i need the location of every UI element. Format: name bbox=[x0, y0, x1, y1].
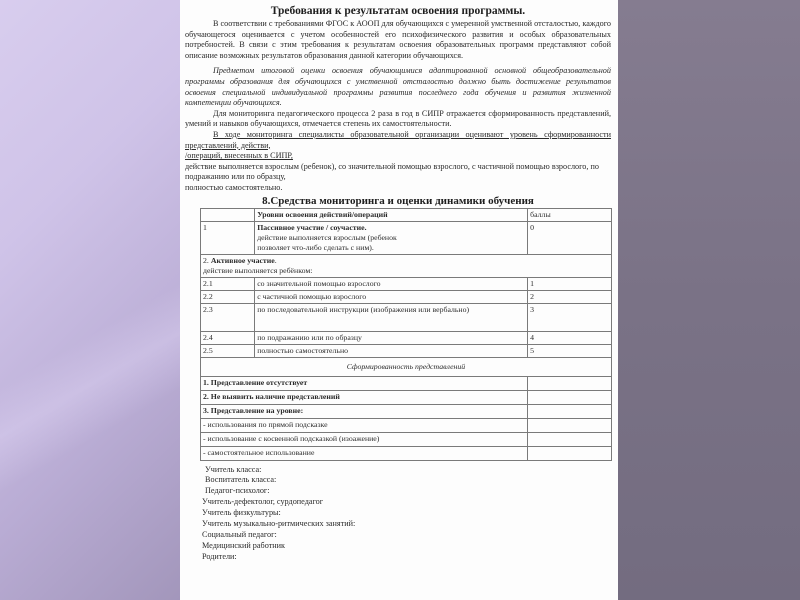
active-title: Активное участие bbox=[211, 256, 275, 265]
sub-row-text: по последовательной инструкции (изображе… bbox=[255, 303, 528, 331]
table-row: 2.1 со значительной помощью взрослого 1 bbox=[201, 277, 612, 290]
sub-row-text: со значительной помощью взрослого bbox=[255, 277, 528, 290]
active-participation-cell: 2. Активное участие. действие выполняетс… bbox=[201, 254, 612, 277]
sub-row-score: 5 bbox=[528, 344, 612, 357]
header-cell-levels: Уровни освоения действий/операций bbox=[255, 208, 528, 221]
table-row: - использования по прямой подсказке bbox=[201, 418, 612, 432]
row-num: 1 bbox=[201, 221, 255, 254]
representation-row-text: - использования по прямой подсказке bbox=[201, 418, 528, 432]
sub-row-text: полностью самостоятельно bbox=[255, 344, 528, 357]
representation-row-score bbox=[528, 376, 612, 390]
sub-row-score: 2 bbox=[528, 290, 612, 303]
header-cell-score: баллы bbox=[528, 208, 612, 221]
header-cell-num bbox=[201, 208, 255, 221]
paragraph-operations: /операций, внесенных в СИПР, bbox=[185, 151, 611, 162]
table-row: - самостоятельное использование bbox=[201, 446, 612, 460]
signatory: Учитель-дефектолог, сурдопедагог bbox=[202, 497, 611, 508]
table-row: 2. Не выявить наличие представлений bbox=[201, 390, 612, 404]
sub-row-score: 3 bbox=[528, 303, 612, 331]
background-sheen bbox=[0, 0, 180, 600]
paragraph-independent: полностью самостоятельно. bbox=[185, 183, 611, 194]
signatories-list: Учитель класса: Воспитатель класса: Педа… bbox=[205, 465, 611, 563]
paragraph-final-assessment: Предметом итоговой оценки освоения обуча… bbox=[185, 66, 611, 108]
sub-row-text: с частичной помощью взрослого bbox=[255, 290, 528, 303]
representation-row-score bbox=[528, 446, 612, 460]
signatory: Медицинский работник bbox=[202, 541, 611, 552]
sub-row-score: 1 bbox=[528, 277, 612, 290]
sub-row-score: 4 bbox=[528, 331, 612, 344]
sub-row-text: по подражанию или по образцу bbox=[255, 331, 528, 344]
paragraph-requirements: В соответствии с требованиями ФГОС к АОО… bbox=[185, 19, 611, 61]
paragraph-action-levels: действие выполняется взрослым (ребенок),… bbox=[185, 162, 611, 183]
signatory: Учитель физкультуры: bbox=[202, 508, 611, 519]
row-passive-title: Пассивное участие / соучастие. bbox=[257, 223, 525, 233]
representation-row-score bbox=[528, 432, 612, 446]
representation-row-text: 2. Не выявить наличие представлений bbox=[201, 390, 528, 404]
background-right-panel bbox=[618, 0, 800, 600]
table-header-row: Уровни освоения действий/операций баллы bbox=[201, 208, 612, 221]
document-title: Требования к результатам освоения програ… bbox=[185, 4, 611, 18]
representation-row-text: 3. Представление на уровне: bbox=[201, 404, 528, 418]
signatory: Родители: bbox=[202, 552, 611, 563]
signatory: Воспитатель класса: bbox=[205, 475, 611, 486]
representation-row-score bbox=[528, 390, 612, 404]
table-row-representations-header: Сформированность представлений bbox=[201, 357, 612, 376]
representations-header: Сформированность представлений bbox=[201, 357, 612, 376]
signatory: Педагог-психолог: bbox=[205, 486, 611, 497]
sub-row-num: 2.1 bbox=[201, 277, 255, 290]
sub-row-num: 2.3 bbox=[201, 303, 255, 331]
sub-row-num: 2.2 bbox=[201, 290, 255, 303]
signatory: Социальный педагог: bbox=[202, 530, 611, 541]
monitoring-table: Уровни освоения действий/операций баллы … bbox=[200, 208, 612, 461]
paragraph-monitoring: Для мониторинга педагогического процесса… bbox=[185, 109, 611, 130]
sub-row-num: 2.4 bbox=[201, 331, 255, 344]
paragraph-specialists: В ходе мониторинга специалисты образоват… bbox=[185, 130, 611, 151]
table-row: 1 Пассивное участие / соучастие. действи… bbox=[201, 221, 612, 254]
row-score: 0 bbox=[528, 221, 612, 254]
section-title: 8.Средства мониторинга и оценки динамики… bbox=[185, 195, 611, 208]
sub-row-num: 2.5 bbox=[201, 344, 255, 357]
signatory: Учитель музыкально-ритмических занятий: bbox=[202, 519, 611, 530]
table-row: 1. Представление отсутствует bbox=[201, 376, 612, 390]
representation-row-text: - использование с косвенной подсказкой (… bbox=[201, 432, 528, 446]
row-passive: Пассивное участие / соучастие. действие … bbox=[255, 221, 528, 254]
representation-row-text: 1. Представление отсутствует bbox=[201, 376, 528, 390]
table-row: 2.4 по подражанию или по образцу 4 bbox=[201, 331, 612, 344]
signatory: Учитель класса: bbox=[205, 465, 611, 476]
document-page: Требования к результатам освоения програ… bbox=[180, 0, 618, 600]
table-row: 2.5 полностью самостоятельно 5 bbox=[201, 344, 612, 357]
active-num: 2. bbox=[203, 256, 209, 265]
representation-row-text: - самостоятельное использование bbox=[201, 446, 528, 460]
table-row: 3. Представление на уровне: bbox=[201, 404, 612, 418]
active-desc: действие выполняется ребёнком: bbox=[203, 266, 609, 276]
representation-row-score bbox=[528, 404, 612, 418]
row-passive-desc: действие выполняется взрослым (ребенок п… bbox=[257, 233, 427, 253]
table-row-active: 2. Активное участие. действие выполняетс… bbox=[201, 254, 612, 277]
table-row: 2.3 по последовательной инструкции (изоб… bbox=[201, 303, 612, 331]
table-row: 2.2 с частичной помощью взрослого 2 bbox=[201, 290, 612, 303]
table-row: - использование с косвенной подсказкой (… bbox=[201, 432, 612, 446]
representation-row-score bbox=[528, 418, 612, 432]
